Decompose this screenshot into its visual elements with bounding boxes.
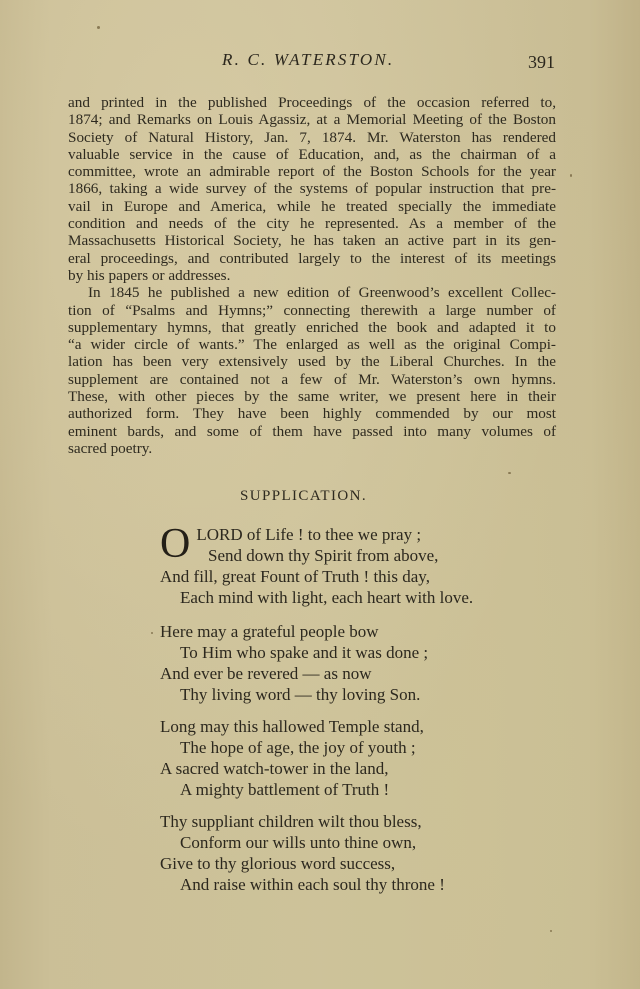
biography-text: and printed in the published Proceedings… bbox=[68, 94, 556, 457]
stanza: O LORD of Life ! to thee we pray ; Send … bbox=[160, 524, 473, 608]
paper-speck bbox=[570, 174, 572, 177]
stanza: Here may a grateful people bow To Him wh… bbox=[160, 621, 428, 705]
paper-speck bbox=[550, 930, 552, 932]
verse-line: A sacred watch-tower in the land, bbox=[160, 758, 424, 779]
prose-line: 1874; and Remarks on Louis Agassiz, at a… bbox=[68, 111, 556, 128]
running-header: R. C. WATERSTON. 391 bbox=[0, 50, 640, 74]
verse-line: LORD of Life ! to thee we pray ; bbox=[160, 524, 473, 545]
verse-line: Conform our wills unto thine own, bbox=[160, 832, 445, 853]
prose-line: These, with other pieces by the same wri… bbox=[68, 388, 556, 405]
verse-line: And fill, great Fount of Truth ! this da… bbox=[160, 566, 473, 587]
verse-line: The hope of age, the joy of youth ; bbox=[160, 737, 424, 758]
prose-line: supplement are contained not a few of Mr… bbox=[68, 371, 556, 388]
poem-title: SUPPLICATION. bbox=[0, 488, 640, 505]
prose-line: by his papers or addresses. bbox=[68, 267, 556, 284]
page-number: 391 bbox=[528, 52, 555, 73]
prose-line: condition and needs of the city he repre… bbox=[68, 215, 556, 232]
verse-line: Here may a grateful people bow bbox=[160, 621, 428, 642]
stanza: Long may this hallowed Temple stand, The… bbox=[160, 716, 424, 800]
drop-cap: O bbox=[160, 526, 190, 562]
prose-line: valuable service in the cause of Educati… bbox=[68, 146, 556, 163]
prose-line: lation has been very extensively used by… bbox=[68, 353, 556, 370]
paper-speck bbox=[151, 632, 153, 634]
prose-line: “a wider circle of wants.” The enlarged … bbox=[68, 336, 556, 353]
verse-line: And ever be revered — as now bbox=[160, 663, 428, 684]
prose-line: Society of Natural History, Jan. 7, 1874… bbox=[68, 129, 556, 146]
prose-line: vail in Europe and America, while he tre… bbox=[68, 198, 556, 215]
prose-line: tion of “Psalms and Hymns;” connecting t… bbox=[68, 302, 556, 319]
verse-line: And raise within each soul thy throne ! bbox=[160, 874, 445, 895]
verse-line: Give to thy glorious word success, bbox=[160, 853, 445, 874]
verse-line: Send down thy Spirit from above, bbox=[160, 545, 473, 566]
book-page: R. C. WATERSTON. 391 and printed in the … bbox=[0, 0, 640, 989]
prose-line: committee, wrote an admirable report of … bbox=[68, 163, 556, 180]
prose-line: 1866, taking a wide survey of the system… bbox=[68, 180, 556, 197]
running-title: R. C. WATERSTON. bbox=[222, 50, 394, 70]
verse-line: Long may this hallowed Temple stand, bbox=[160, 716, 424, 737]
prose-line: supplementary hymns, that greatly enrich… bbox=[68, 319, 556, 336]
prose-line: In 1845 he published a new edition of Gr… bbox=[68, 284, 556, 301]
prose-line: sacred poetry. bbox=[68, 440, 556, 457]
prose-line: authorized form. They have been highly c… bbox=[68, 405, 556, 422]
prose-line: eral proceedings, and contributed largel… bbox=[68, 250, 556, 267]
verse-line: Each mind with light, each heart with lo… bbox=[160, 587, 473, 608]
paper-speck bbox=[97, 26, 100, 29]
stanza: Thy suppliant children wilt thou bless, … bbox=[160, 811, 445, 895]
verse-line: Thy suppliant children wilt thou bless, bbox=[160, 811, 445, 832]
verse-line: A mighty battlement of Truth ! bbox=[160, 779, 424, 800]
verse-line: To Him who spake and it was done ; bbox=[160, 642, 428, 663]
prose-line: Massachusetts Historical Society, he has… bbox=[68, 232, 556, 249]
prose-line: eminent bards, and some of them have pas… bbox=[68, 423, 556, 440]
verse-line: Thy living word — thy loving Son. bbox=[160, 684, 428, 705]
paper-speck bbox=[508, 472, 511, 474]
prose-line: and printed in the published Proceedings… bbox=[68, 94, 556, 111]
